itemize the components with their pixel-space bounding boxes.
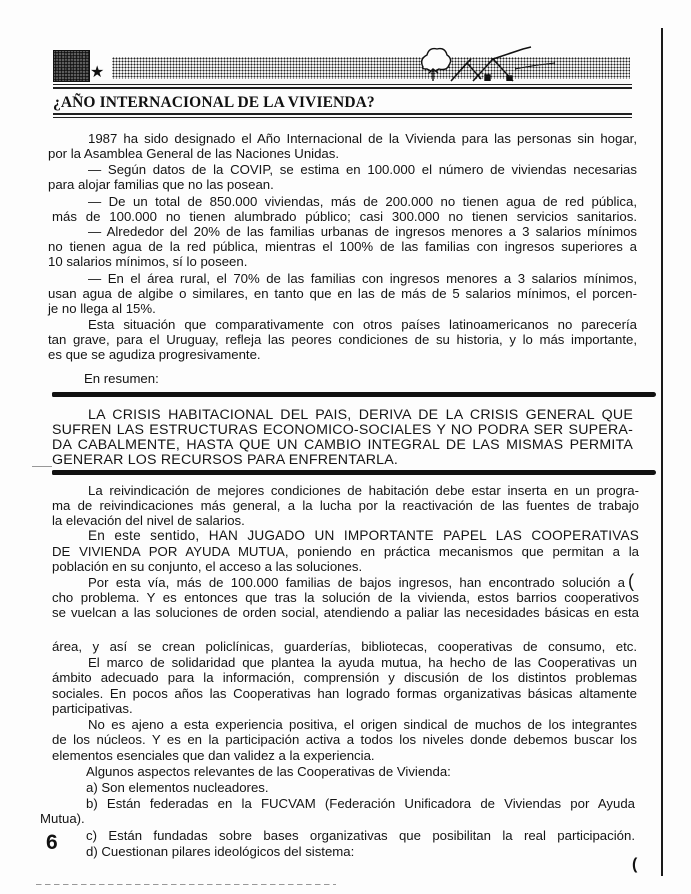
body-line: de los núcleos. Y es en la participación… (52, 732, 637, 748)
margin-scan-mark (32, 466, 52, 467)
intro-line: — Según datos de la COVIP, se estima en … (88, 162, 637, 178)
aspects-item: b) Están federadas en la FUCVAM (Federac… (86, 796, 635, 812)
header-rule-top-thick (53, 87, 632, 89)
body-line: No es ajeno a esta experiencia positiva,… (88, 717, 637, 733)
intro-line: — Alrededor del 20% de las familias urba… (88, 224, 637, 240)
intro-line: Esta situación que comparativamente con … (88, 317, 637, 333)
callout-rule-bottom (52, 470, 656, 475)
right-margin-rule (661, 28, 663, 876)
intro-line: más de 100.000 no tienen alumbrado públi… (52, 209, 637, 225)
body-line: El marco de solidaridad que plantea la a… (88, 655, 637, 671)
handwritten-mark: ( (628, 571, 634, 592)
body-line: cho problema. Y es entonces que tras la … (52, 590, 639, 606)
title-rule (53, 113, 632, 115)
intro-line: je no llega al 15%. (48, 301, 156, 317)
summary-label: En resumen: (84, 371, 159, 387)
body-line: área, y así se crean policlínicas, guard… (52, 639, 637, 655)
body-line: la elevación del nivel de salarios. (52, 513, 245, 529)
star-icon: ★ (90, 64, 104, 80)
article-title: ¿AÑO INTERNACIONAL DE LA VIVIENDA? (53, 94, 375, 112)
callout-line: SUFREN LAS ESTRUCTURAS ECONOMICO-SOCIALE… (52, 422, 633, 438)
callout-line: LA CRISIS HABITACIONAL DEL PAIS, DERIVA … (88, 407, 633, 423)
intro-line: es que se agudiza progresivamente. (48, 347, 261, 363)
body-line: ma de reivindicaciones más general, a la… (52, 498, 639, 514)
bottom-scan-artifact (36, 884, 336, 885)
callout-rule-top (52, 392, 656, 397)
body-line: se vuelcan a las soluciones de orden soc… (52, 605, 639, 621)
body-line: elementos esenciales que dan validez a l… (52, 748, 375, 764)
tree-houses-illustration-icon (415, 45, 565, 85)
aspects-item: c) Están fundadas sobre bases organizati… (86, 828, 635, 844)
body-line: participativas. (52, 701, 133, 717)
logo-icon (53, 50, 90, 82)
intro-line: — En el área rural, el 70% de las famili… (88, 271, 637, 287)
body-line: población en su conjunto, el acceso a la… (52, 559, 362, 575)
aspects-item: a) Son elementos nucleadores. (86, 780, 269, 796)
intro-line: usan agua de algibe o similares, en tant… (48, 286, 637, 302)
page-number: 6 (46, 831, 58, 855)
intro-line: 10 salarios mínimos, sí lo poseen. (48, 254, 247, 270)
aspects-heading: Algunos aspectos relevantes de las Coope… (86, 764, 451, 780)
intro-line: no tienen agua de la red pública, mientr… (48, 239, 637, 255)
intro-line: — De un total de 850.000 viviendas, más … (88, 194, 637, 210)
scan-mark: ( (632, 856, 637, 874)
title-rule-thin (53, 117, 632, 118)
body-line: DE VIVIENDA POR AYUDA MUTUA, poniendo en… (52, 544, 639, 560)
scanned-page: ★ ¿AÑO INTERNACIONAL DE LA VIVIENDA? 198… (0, 0, 691, 894)
aspects-item: Mutua). (40, 811, 85, 827)
callout-line: GENERAR LOS RECURSOS PARA ENFRENTARLA. (52, 452, 398, 468)
intro-line: para alojar familias que no las posean. (48, 177, 274, 193)
aspects-item: d) Cuestionan pilares ideológicos del si… (86, 844, 354, 860)
callout-line: DA CABALMENTE, HASTA QUE UN CAMBIO INTEG… (52, 437, 633, 453)
intro-line: por la Asamblea General de las Naciones … (48, 146, 339, 162)
body-line: ámbito adecuado para la información, com… (52, 670, 637, 686)
body-line: Por esta vía, más de 100.000 familias de… (88, 575, 625, 591)
header-rule-top (53, 84, 632, 85)
body-line: sociales. En pocos años las Cooperativas… (52, 686, 637, 702)
intro-line: tan grave, para el Uruguay, refleja las … (48, 332, 637, 348)
body-line: La reivindicación de mejores condiciones… (88, 483, 639, 499)
body-line: En este sentido, HAN JUGADO UN IMPORTANT… (88, 528, 639, 544)
intro-line: 1987 ha sido designado el Año Internacio… (88, 131, 637, 147)
